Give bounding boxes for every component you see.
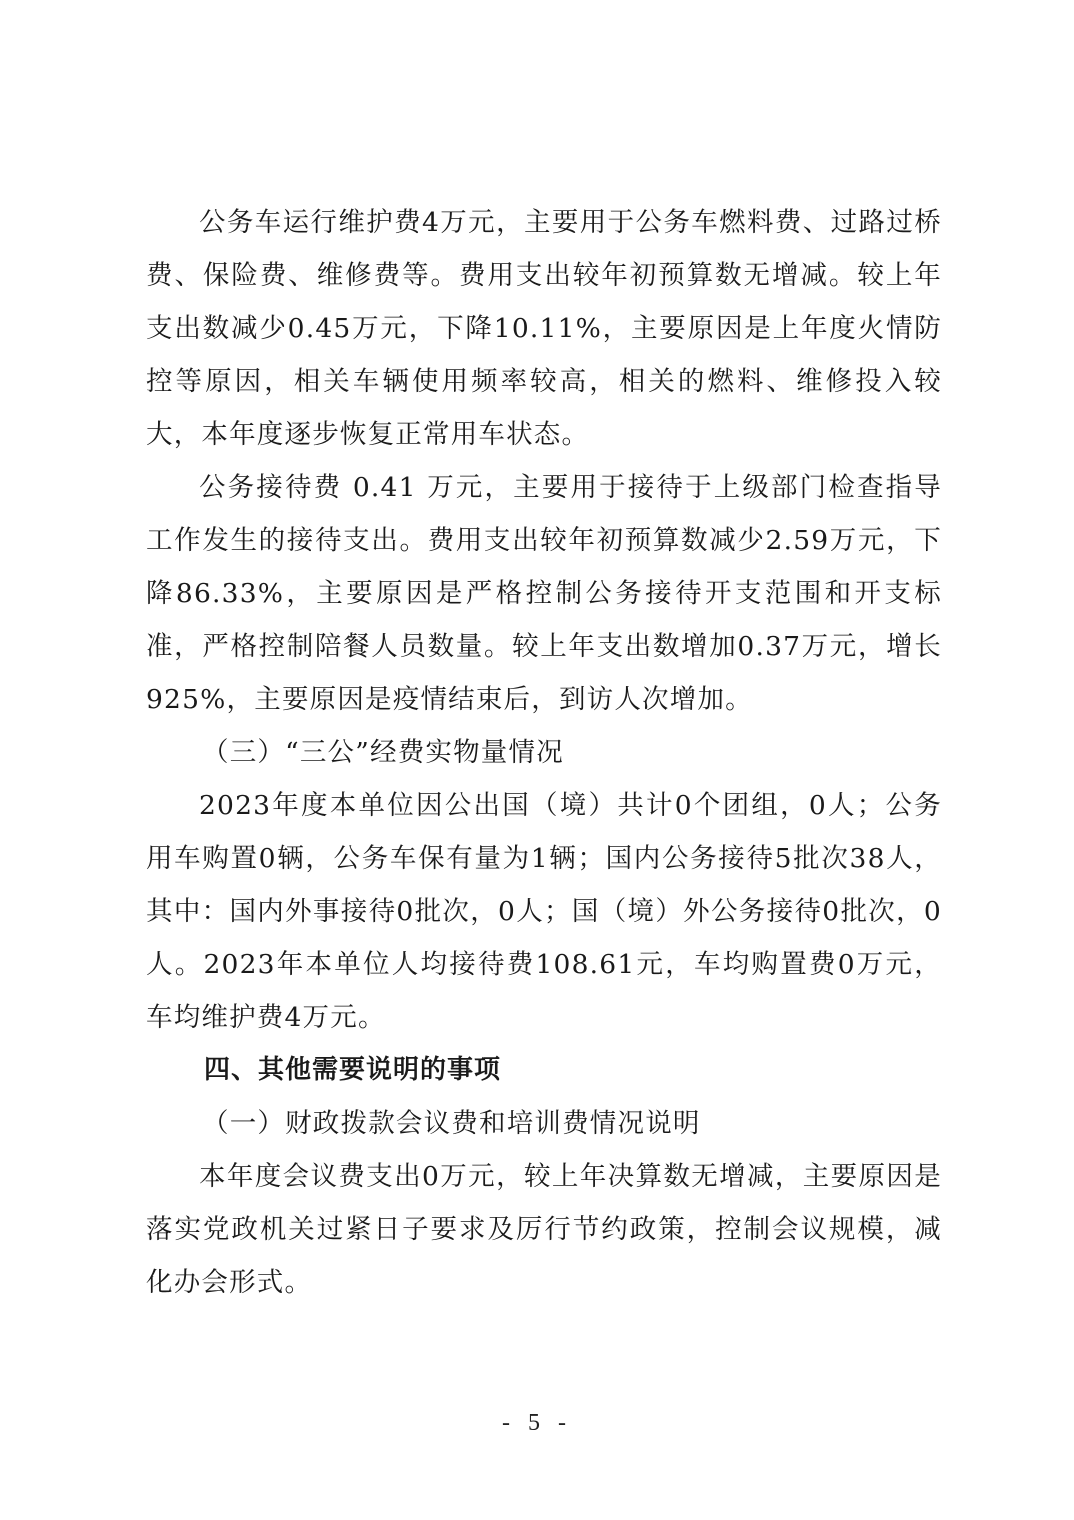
paragraph-vehicle-maintenance: 公务车运行维护费4万元，主要用于公务车燃料费、过路过桥费、保险费、维修费等。费用…: [146, 196, 942, 461]
paragraph-physical-quantities: 2023年度本单位因公出国（境）共计0个团组，0人；公务用车购置0辆，公务车保有…: [146, 779, 942, 1044]
paragraph-meeting-fees: 本年度会议费支出0万元，较上年决算数无增减，主要原因是落实党政机关过紧日子要求及…: [146, 1150, 942, 1309]
page-number: - 5 -: [0, 1410, 1074, 1437]
subheading-three-public-quantities: （三）“三公”经费实物量情况: [146, 726, 942, 779]
document-page: 公务车运行维护费4万元，主要用于公务车燃料费、过路过桥费、保险费、维修费等。费用…: [146, 196, 942, 1309]
paragraph-reception-expense: 公务接待费 0.41 万元，主要用于接待于上级部门检查指导工作发生的接待支出。费…: [146, 461, 942, 726]
section-heading-other-matters: 四、其他需要说明的事项: [146, 1044, 942, 1097]
subheading-meeting-training-fees: （一）财政拨款会议费和培训费情况说明: [146, 1097, 942, 1150]
